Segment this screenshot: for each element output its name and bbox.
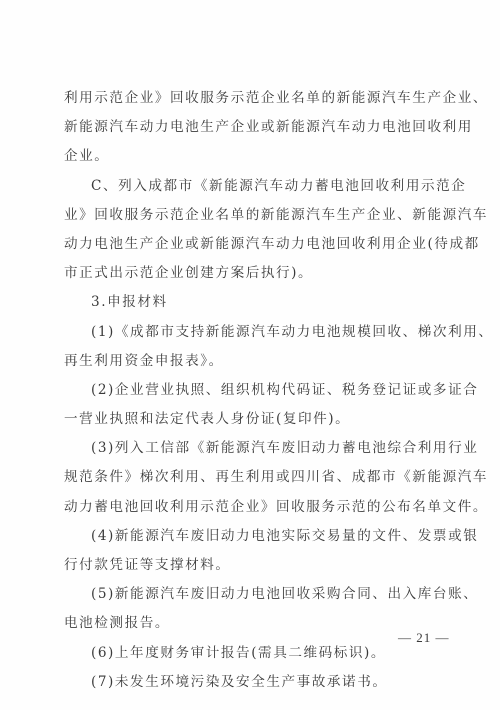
item-1-line-2: 再生利用资金申报表》。: [64, 347, 449, 376]
text-line-2: 新能源汽车动力电池生产企业或新能源汽车动力电池回收利用: [64, 113, 449, 142]
item-3-line-1: (3)列入工信部《新能源汽车废旧动力蓄电池综合利用行业: [64, 434, 449, 463]
item-4-line-2: 行付款凭证等支撑材料。: [64, 551, 449, 580]
item-7: (7)未发生环境污染及安全生产事故承诺书。: [64, 668, 449, 697]
page-number: — 21 —: [398, 630, 450, 646]
paragraph-c-line-1: C、列入成都市《新能源汽车动力蓄电池回收利用示范企: [64, 172, 449, 201]
text-line-3: 企业。: [64, 142, 449, 171]
paragraph-c-line-4: 市正式出示范企业创建方案后执行)。: [64, 259, 449, 288]
item-6: (6)上年度财务审计报告(需具二维码标识)。: [64, 639, 449, 668]
item-3-line-2: 规范条件》梯次利用、再生利用或四川省、成都市《新能源汽车: [64, 463, 449, 492]
item-3-line-3: 动力蓄电池回收利用示范企业》回收服务示范的公布名单文件。: [64, 493, 449, 522]
text-line-1: 利用示范企业》回收服务示范企业名单的新能源汽车生产企业、: [64, 84, 449, 113]
document-page: 利用示范企业》回收服务示范企业名单的新能源汽车生产企业、 新能源汽车动力电池生产…: [0, 0, 500, 710]
paragraph-c-line-3: 动力电池生产企业或新能源汽车动力电池回收利用企业(待成都: [64, 230, 449, 259]
document-body: 利用示范企业》回收服务示范企业名单的新能源汽车生产企业、 新能源汽车动力电池生产…: [64, 84, 449, 697]
item-5-line-1: (5)新能源汽车废旧动力电池回收采购合同、出入库台账、: [64, 580, 449, 609]
item-5-line-2: 电池检测报告。: [64, 609, 449, 638]
section-heading-application-materials: 3.申报材料: [64, 288, 449, 317]
paragraph-c-line-2: 业》回收服务示范企业名单的新能源汽车生产企业、新能源汽车: [64, 201, 449, 230]
item-2-line-2: 一营业执照和法定代表人身份证(复印件)。: [64, 405, 449, 434]
item-4-line-1: (4)新能源汽车废旧动力电池实际交易量的文件、发票或银: [64, 522, 449, 551]
item-2-line-1: (2)企业营业执照、组织机构代码证、税务登记证或多证合: [64, 376, 449, 405]
item-1-line-1: (1)《成都市支持新能源汽车动力电池规模回收、梯次利用、: [64, 318, 449, 347]
